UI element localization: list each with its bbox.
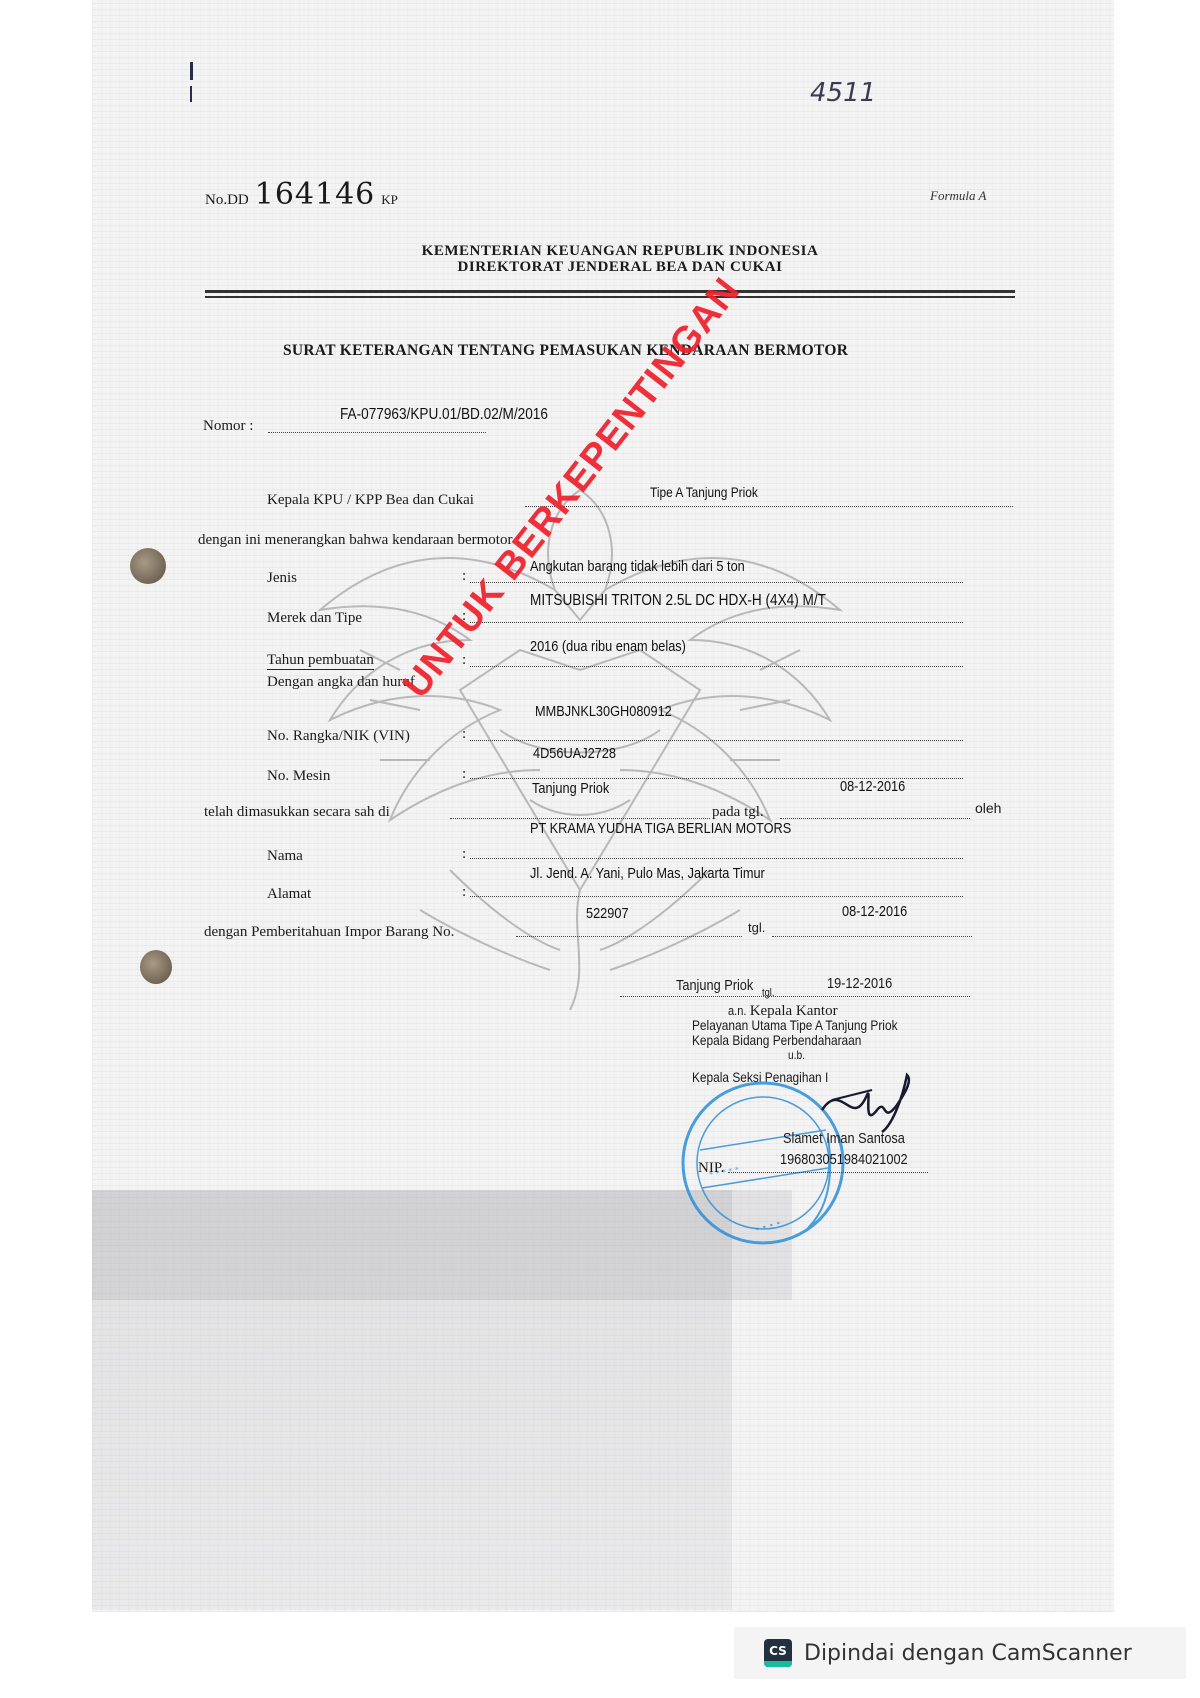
field-value-merek: MITSUBISHI TRITON 2.5L DC HDX-H (4X4) M/… xyxy=(530,592,826,610)
dotted-line xyxy=(470,740,963,741)
nip-value: 196803051984021002 xyxy=(780,1152,908,1167)
colon: : xyxy=(462,568,466,585)
colon: : xyxy=(462,846,466,863)
owner-label-alamat: Alamat xyxy=(267,886,311,903)
form-label: Formula A xyxy=(930,188,986,204)
ink-mark xyxy=(190,62,193,80)
dotted-line xyxy=(516,936,742,937)
dotted-line xyxy=(728,1172,928,1173)
colon: : xyxy=(462,726,466,743)
field-value-tahun: 2016 (dua ribu enam belas) xyxy=(530,638,686,655)
dotted-line xyxy=(470,622,963,623)
signature-date-label: tgl. xyxy=(762,986,774,1001)
kepala-value: Tipe A Tanjung Priok xyxy=(650,484,758,500)
camscanner-watermark: CS Dipindai dengan CamScanner xyxy=(734,1627,1186,1679)
dotted-line xyxy=(780,818,970,819)
punch-hole xyxy=(130,548,166,584)
document-title: SURAT KETERANGAN TENTANG PEMASUKAN KENDA… xyxy=(283,342,848,360)
owner-value-alamat: Jl. Jend. A. Yani, Pulo Mas, Jakarta Tim… xyxy=(530,865,765,882)
camscanner-icon: CS xyxy=(764,1639,792,1667)
field-value-mesin: 4D56UAJ2728 xyxy=(533,745,616,762)
camscanner-text: Dipindai dengan CamScanner xyxy=(804,1641,1132,1666)
signatory-name: Slamet Iman Santosa xyxy=(783,1131,905,1146)
entry-date-label: pada tgl. xyxy=(712,804,764,821)
field-label-jenis: Jenis xyxy=(267,570,297,587)
pib-number: 522907 xyxy=(586,905,629,922)
ink-mark xyxy=(190,86,192,102)
office-name: Pelayanan Utama Tipe A Tanjung Priok xyxy=(692,1018,898,1033)
colon: : xyxy=(462,884,466,901)
an-prefix: a.n. xyxy=(728,1003,746,1018)
nomor-value: FA-077963/KPU.01/BD.02/M/2016 xyxy=(340,406,548,424)
field-label-mesin: No. Mesin xyxy=(267,768,330,785)
owner-label-nama: Nama xyxy=(267,848,303,865)
directorate-header: DIREKTORAT JENDERAL BEA DAN CUKAI xyxy=(300,259,940,276)
entry-by-label: oleh xyxy=(975,800,1001,816)
field-sublabel-tahun: Dengan angka dan huruf xyxy=(267,674,415,691)
signature-date: 19-12-2016 xyxy=(827,976,892,991)
field-label-merek: Merek dan Tipe xyxy=(267,610,362,627)
pib-date-label: tgl. xyxy=(748,920,765,935)
punch-hole xyxy=(140,950,172,984)
handwritten-number: 4511 xyxy=(810,78,876,108)
doc-number-value: 164146 xyxy=(255,177,376,212)
field-label-tahun: Tahun pembuatan xyxy=(267,652,374,670)
camscanner-icon-label: CS xyxy=(769,1644,787,1658)
ub-label: u.b. xyxy=(788,1048,805,1063)
entry-place: Tanjung Priok xyxy=(532,780,609,797)
field-label-rangka: No. Rangka/NIK (VIN) xyxy=(267,728,410,745)
pib-date: 08-12-2016 xyxy=(842,903,907,920)
doc-number-label: No.DD xyxy=(205,192,249,209)
entry-date: 08-12-2016 xyxy=(840,778,905,795)
dotted-line xyxy=(470,666,963,667)
svg-text:• • • •: • • • • xyxy=(754,1219,782,1235)
intro-text: dengan ini menerangkan bahwa kendaraan b… xyxy=(198,532,520,549)
kepala-label: Kepala KPU / KPP Bea dan Cukai xyxy=(267,492,474,509)
entry-label: telah dimasukkan secara sah di xyxy=(204,804,390,821)
dotted-line xyxy=(470,896,963,897)
dotted-line xyxy=(470,582,963,583)
doc-number-suffix: KP xyxy=(381,192,398,208)
field-value-jenis: Angkutan barang tidak lebih dari 5 ton xyxy=(530,558,745,575)
owner-value-nama: PT KRAMA YUDHA TIGA BERLIAN MOTORS xyxy=(530,820,791,837)
header-rule xyxy=(205,296,1015,298)
dotted-line xyxy=(470,858,963,859)
dotted-line xyxy=(450,818,710,819)
dotted-line xyxy=(772,936,972,937)
signature-place: Tanjung Priok xyxy=(676,978,753,993)
nomor-label: Nomor : xyxy=(203,418,253,435)
dotted-line xyxy=(525,506,1013,507)
dotted-line xyxy=(268,432,486,433)
ministry-header: KEMENTERIAN KEUANGAN REPUBLIK INDONESIA xyxy=(300,243,940,260)
document-number: No.DD 164146 KP xyxy=(205,177,398,212)
header-rule xyxy=(205,290,1015,293)
colon: : xyxy=(462,766,466,783)
dotted-line xyxy=(620,996,970,997)
nip-label: NIP. xyxy=(698,1160,724,1177)
pib-label: dengan Pemberitahuan Impor Barang No. xyxy=(204,924,454,941)
office-division: Kepala Bidang Perbendaharaan xyxy=(692,1033,861,1048)
field-value-rangka: MMBJNKL30GH080912 xyxy=(535,703,672,720)
